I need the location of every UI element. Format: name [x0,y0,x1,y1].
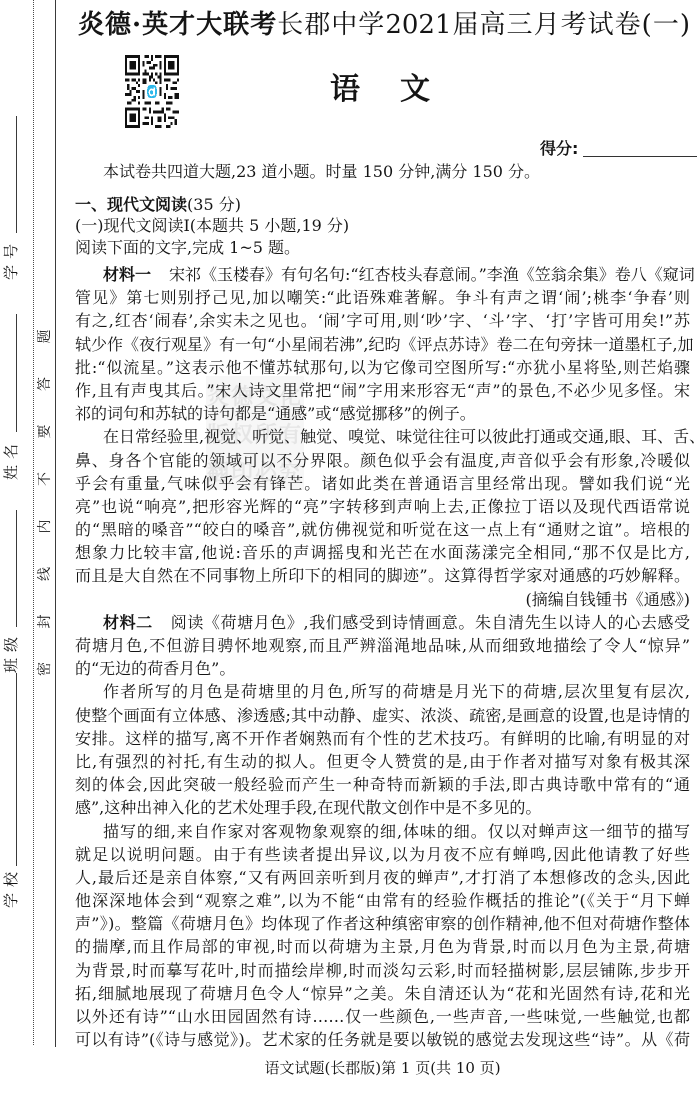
line-text: 宋祁《玉楼春》有句名句:“红杏枝头春意闹。”李渔《笠翁余集》卷八《窥词 [169,265,695,284]
exam-brand: 炎德·英才大联考 [78,10,277,40]
passage-line: 为背景,时而摹写花叶,时而描绘岸柳,时而淡勾云彩,时而轻描树影,层层铺陈,步步开 [75,959,690,982]
passage-line: 就足以说明问题。由于有些读者提出异议,以为月夜不应有蝉鸣,因此他请教了好些 [75,843,690,866]
passage-line: 作,且有声曳其后。”宋人诗文里常把“闹”字用来形容无“声”的景色,不必少见多怪。… [75,379,690,402]
section-title: 一、现代文阅读 [75,195,187,214]
passage-line: 的揣摩,而且作局部的审视,时而以荷塘为主景,月色为背景,时而以月色为主景,荷塘 [75,935,690,958]
passage-line: 以外还有诗”“山水田园固然有诗……仅一些颜色,一些声音,一些味觉,一些触觉,也都 [75,1005,690,1028]
passage-line: 安排。这样的描写,离不开作者娴熟而有个性的艺术技巧。有鲜明的比喻,有明显的对 [75,727,690,750]
passage-line: 材料二阅读《荷塘月色》,我们感受到诗情画意。朱自清先生以诗人的心去感受 [75,611,690,634]
passage-line: 在日常经验里,视觉、听觉、触觉、嗅觉、味觉往往可以彼此打通或交通,眼、耳、舌、 [75,425,690,448]
passage-line: 管见》第七则别抒己见,加以嘲笑:“此语殊难著解。争斗有声之谓‘闹’;桃李‘争春’… [75,286,690,309]
passage-line: 的“无边的荷香月色”。 [75,657,690,680]
passage-line: 有之,红杏‘闹春’,余实未之见也。‘闹’字可用,则‘吵’字、‘斗’字、‘打’字皆… [75,309,690,332]
student-id-label: 学号 [1,232,21,292]
passage-line: 比,有强烈的衬托,有生动的拟人。但更令人赞赏的是,由于作者对描写对象有极其深 [75,750,690,773]
passage-line: 他深深地体会到“观察之难”,以为不能“由常有的经验作概括的推论”(《关于“月下蝉 [75,889,690,912]
passage-line: 拓,细腻地展现了荷塘月色令人“惊异”之美。朱自清还认为“花和光固然有诗,花和光 [75,982,690,1005]
score-blank-line [583,156,697,157]
exam-title-text: 长郡中学2021届高三月考试卷(一) [277,10,690,40]
reading-instruction: 阅读下面的文字,完成 1~5 题。 [75,236,300,259]
page-footer: 语文试题(长郡版)第 1 页(共 10 页) [75,1057,690,1079]
name-label: 姓名 [1,432,21,492]
passage-line: 描写的细,来自作家对客观物象观察的细,体味的细。仅以对蝉声这一细节的描写 [75,820,690,843]
section-points: (35 分) [187,195,241,214]
passage-line: 亮”也说“响亮”,把形容光辉的“亮”字转移到声响上去,正像拉丁语以及现代西语常说 [75,495,690,518]
score-label: 得分: [540,139,578,159]
class-label: 班级 [1,625,21,685]
name-blank-line [16,314,17,432]
class-blank-line [16,510,17,627]
passage-line: 批:“似流星。”这表示他不懂苏轼那句,以为它像司空图所写:“亦犹小星将坠,则芒焰… [75,356,690,379]
school-blank-line [16,673,17,866]
passage-line: 材料一宋祁《玉楼春》有句名句:“红杏枝头春意闹。”李渔《笠翁余集》卷八《窥词 [75,263,690,286]
passage-line: 人,最后还是亲自体察,“又有两回亲听到月夜的蝉声”,才打消了本想修改的念头,因此 [75,866,690,889]
passage-line: 作者所写的月色是荷塘里的月色,所写的荷塘是月光下的荷塘,层次里复有层次, [75,680,690,703]
passage-line: 可以有诗”(《诗与感觉》)。艺术家的任务就是要以敏锐的感觉去发现这些“诗”。从《… [75,1028,690,1051]
school-label: 学校 [1,860,21,920]
passage-line: 刻的体会,因此突破一般经验而产生一种奇特而新颖的手法,即古典诗歌中常有的“通 [75,773,690,796]
subsection-heading: (一)现代文阅读Ⅰ(本题共 5 小题,19 分) [75,214,349,237]
section-heading: 一、现代文阅读(35 分) [75,193,241,216]
seal-notice: 密封线内不要答题 [35,296,55,676]
passage-line: 想象力比较丰富,他说:音乐的声调摇曳和光芒在水面荡漾完全相同,“那不仅是比方, [75,541,690,564]
exam-title: 炎德·英才大联考长郡中学2021届高三月考试卷(一) [78,4,690,46]
app-logo-icon [147,84,158,99]
exam-intro: 本试卷共四道大题,23 道小题。时量 150 分钟,满分 150 分。 [103,160,540,183]
margin-solid-line [55,0,56,1047]
material-two-label: 材料二 [103,613,153,632]
passage-source: (摘编自钱锺书《通感》) [75,588,690,611]
material-one-label: 材料一 [103,265,151,284]
reading-passage: 材料一宋祁《玉楼春》有句名句:“红杏枝头春意闹。”李渔《笠翁余集》卷八《窥词 管… [75,263,690,1051]
passage-line: 乎会有重量,气味似乎会有锋芒。诸如此类在普通语言里经常出现。譬如我们说“光 [75,472,690,495]
passage-line: 祁的词句和苏轼的诗句都是“通感”或“感觉挪移”的例子。 [75,402,690,425]
passage-line: 轼少作《夜行观星》有一句“小星闹若沸”,纪昀《评点苏诗》卷二在句旁抹一道墨杠子,… [75,333,690,356]
seal-dotted-line [33,0,34,1045]
passage-line: 声”》)。整篇《荷塘月色》均体现了作者这种缜密审察的创作精神,他不但对荷塘作整体 [75,912,690,935]
passage-line: 而且是大自然在不同事物上所印下的相同的脚迹”。这算得哲学家对通感的巧妙解释。 [75,564,690,587]
passage-line: 感”,这种出神入化的艺术处理手段,在现代散文创作中是不多见的。 [75,796,690,819]
passage-line: 的“黑暗的嗓音”“皎白的嗓音”,就仿佛视觉和听觉在这一点上有“通财之谊”。培根的 [75,518,690,541]
student-id-blank-line [16,116,17,233]
passage-line: 荷塘月色,不但游目骋怀地观察,而且严辨淄渑地品味,从而细致地描绘了令人“惊异” [75,634,690,657]
line-text: 阅读《荷塘月色》,我们感受到诗情画意。朱自清先生以诗人的心去感受 [171,613,690,632]
passage-line: 使整个画面有立体感、渗透感;其中动静、虚实、浓淡、疏密,是画意的设置,也是诗情的 [75,704,690,727]
qr-code-icon [125,55,179,128]
passage-line: 鼻、身各个官能的领域可以不分界限。颜色似乎会有温度,声音似乎会有形象,冷暖似 [75,449,690,472]
subject-title: 语文 [330,72,470,108]
